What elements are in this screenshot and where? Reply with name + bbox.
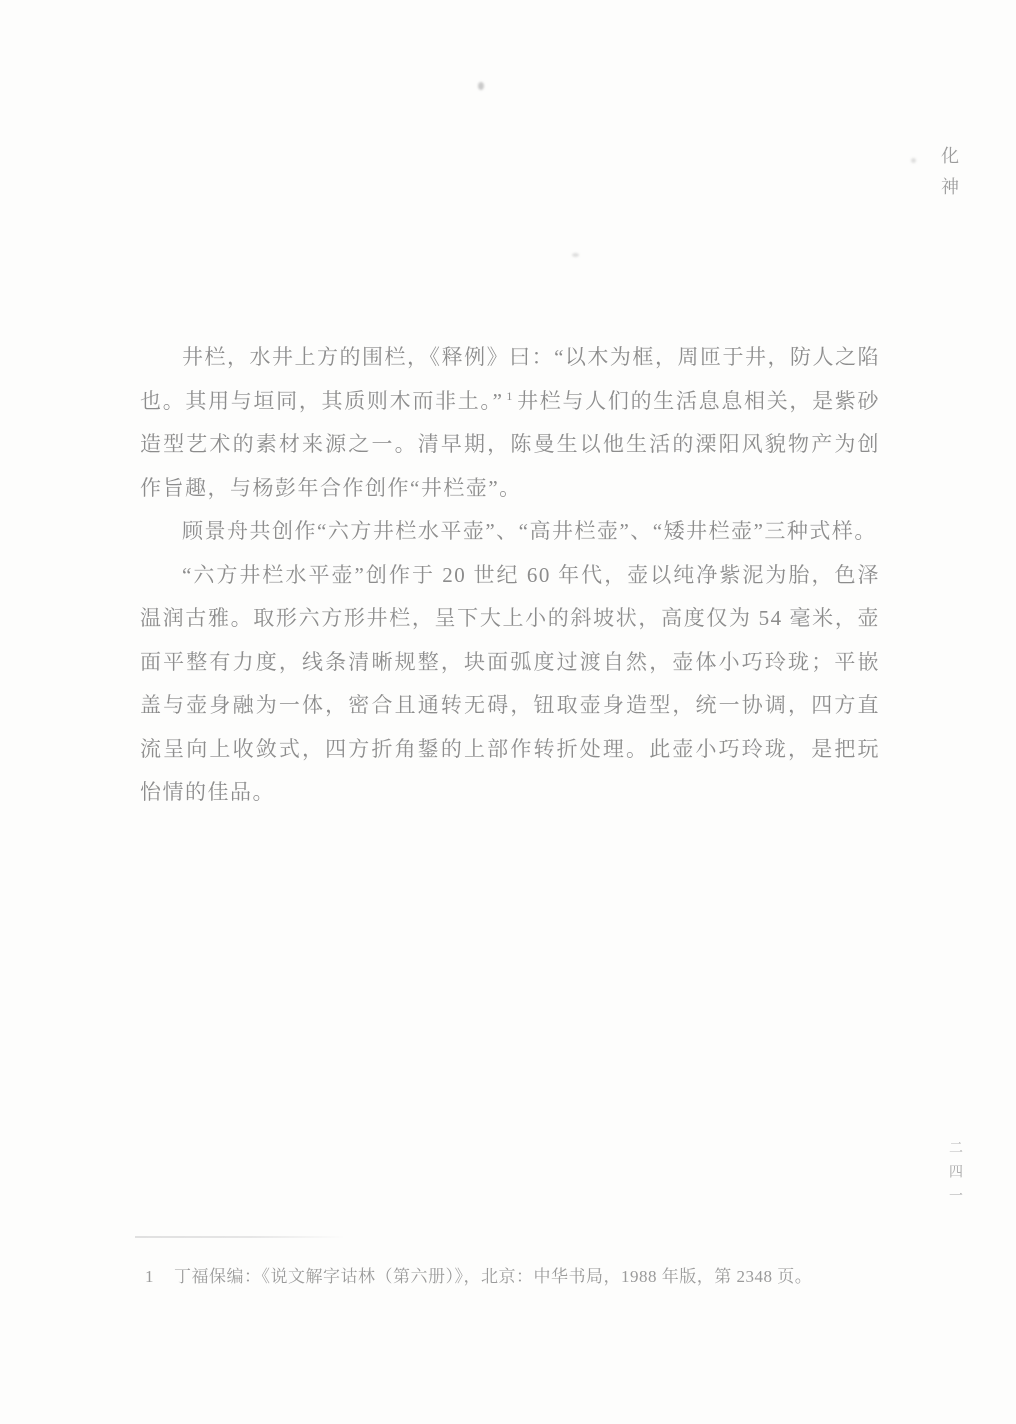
margin-header-vertical: 化神 bbox=[936, 146, 962, 208]
paragraph-3: “六方井栏水平壶”创作于 20 世纪 60 年代，壶以纯净紫泥为胎，色泽温润古雅… bbox=[140, 554, 880, 815]
scan-artifact bbox=[572, 253, 579, 257]
footnote-text: 丁福保编：《说文解字诂林（第六册）》，北京：中华书局，1988 年版，第 234… bbox=[174, 1267, 812, 1286]
footnote-reference: 1 bbox=[506, 389, 514, 403]
page-number-vertical: 二四一 bbox=[944, 1140, 964, 1212]
paragraph-2: 顾景舟共创作“六方井栏水平壶”、“高井栏壶”、“矮井栏壶”三种式样。 bbox=[140, 510, 880, 554]
scan-artifact bbox=[911, 158, 916, 163]
book-page: 化神 井栏，水井上方的围栏，《释例》曰：“以木为框，周匝于井，防人之陷也。其用与… bbox=[0, 0, 1016, 1424]
footnote-separator bbox=[135, 1236, 345, 1238]
footnote: 1丁福保编：《说文解字诂林（第六册）》，北京：中华书局，1988 年版，第 23… bbox=[145, 1262, 905, 1287]
paragraph-1: 井栏，水井上方的围栏，《释例》曰：“以木为框，周匝于井，防人之陷也。其用与垣同，… bbox=[140, 336, 880, 510]
footnote-number: 1 bbox=[145, 1267, 154, 1286]
main-text-block: 井栏，水井上方的围栏，《释例》曰：“以木为框，周匝于井，防人之陷也。其用与垣同，… bbox=[140, 336, 880, 815]
scan-artifact bbox=[478, 82, 484, 90]
